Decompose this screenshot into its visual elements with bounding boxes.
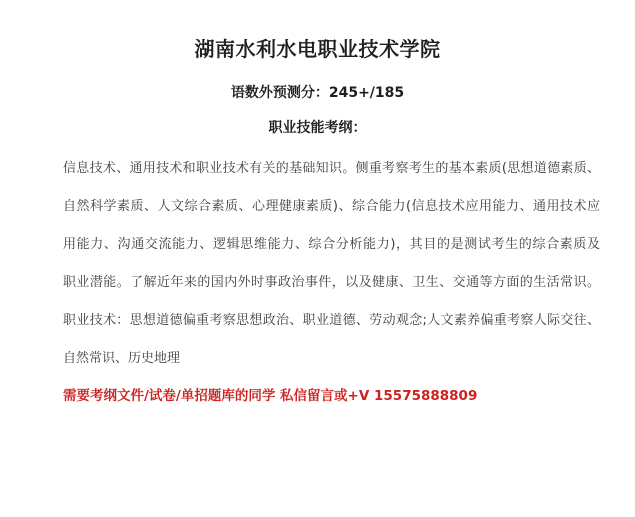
body-line-4: 职业潜能。了解近年来的国内外时事政治事件，以及健康、卫生、交通等方面的生活常识。: [63, 274, 600, 312]
document-page: 湖南水利水电职业技术学院 语数外预测分：245+/185 职业技能考纲： 信息技…: [0, 0, 635, 517]
body-line-3: 用能力、沟通交流能力、逻辑思维能力、综合分析能力)，其目的是测试考生的综合素质及: [63, 236, 600, 274]
section-heading-exam-syllabus: 职业技能考纲：: [0, 120, 635, 136]
predicted-score-line: 语数外预测分：245+/185: [0, 85, 635, 101]
body-line-6: 自然常识、历史地理: [63, 350, 600, 388]
body-line-2: 自然科学素质、人文综合素质、心理健康素质)、综合能力(信息技术应用能力、通用技术…: [63, 198, 600, 236]
contact-notice-line: 需要考纲文件/试卷/单招题库的同学 私信留言或+V 15575888809: [63, 388, 600, 405]
body-line-1: 信息技术、通用技术和职业技术有关的基础知识。侧重考察考生的基本素质(思想道德素质…: [63, 160, 600, 198]
body-text-block: 信息技术、通用技术和职业技术有关的基础知识。侧重考察考生的基本素质(思想道德素质…: [63, 160, 600, 388]
body-line-5: 职业技术：思想道德偏重考察思想政治、职业道德、劳动观念;人文素养偏重考察人际交往…: [63, 312, 600, 350]
page-title: 湖南水利水电职业技术学院: [0, 0, 635, 62]
